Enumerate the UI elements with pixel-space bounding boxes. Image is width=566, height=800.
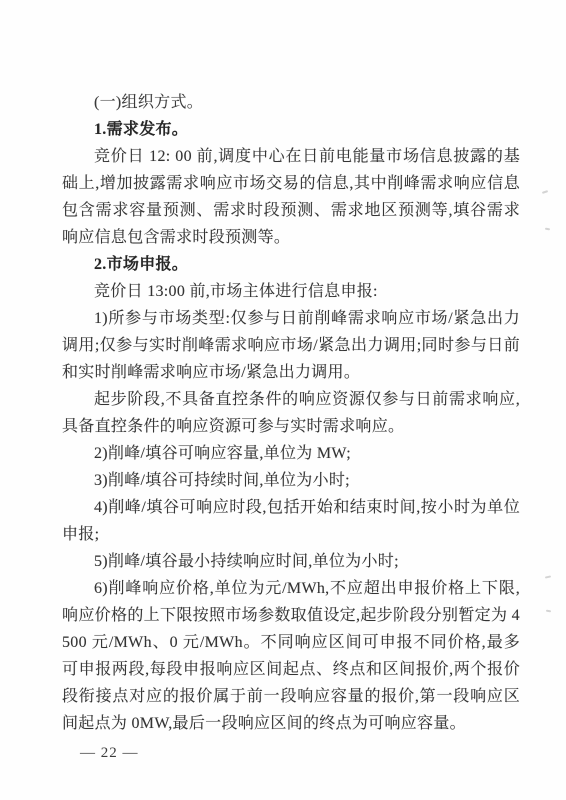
list-item-1: 1)所参与市场类型:仅参与日前削峰需求响应市场/紧急出力调用;仅参与实时削峰需求… <box>62 305 520 386</box>
list-item-2: 2)削峰/填谷可响应容量,单位为 MW; <box>62 440 520 467</box>
list-item-3: 3)削峰/填谷可持续时间,单位为小时; <box>62 467 520 494</box>
document-page: (一)组织方式。 1.需求发布。 竞价日 12: 00 前,调度中心在日前电能量… <box>0 0 566 800</box>
paragraph: 竞价日 13:00 前,市场主体进行信息申报: <box>62 278 520 305</box>
paragraph: 竞价日 12: 00 前,调度中心在日前电能量市场信息披露的基础上,增加披露需求… <box>62 143 520 251</box>
scan-artifact <box>546 610 551 613</box>
scan-artifact <box>545 228 550 231</box>
list-item-4: 4)削峰/填谷可响应时段,包括开始和结束时间,按小时为单位申报; <box>62 494 520 548</box>
scan-artifact <box>542 190 548 194</box>
section-subheading: (一)组织方式。 <box>62 89 520 116</box>
heading-market-filing: 2.市场申报。 <box>62 251 520 278</box>
page-number: — 22 — <box>80 743 139 763</box>
document-body: (一)组织方式。 1.需求发布。 竞价日 12: 00 前,调度中心在日前电能量… <box>62 89 520 737</box>
heading-demand-release: 1.需求发布。 <box>62 116 520 143</box>
list-item-5: 5)削峰/填谷最小持续响应时间,单位为小时; <box>62 548 520 575</box>
list-item-6: 6)削峰响应价格,单位为元/MWh,不应超出申报价格上下限,响应价格的上下限按照… <box>62 575 520 737</box>
paragraph: 起步阶段,不具备直控条件的响应资源仅参与日前需求响应,具备直控条件的响应资源可参… <box>62 386 520 440</box>
scan-artifact <box>545 575 551 578</box>
